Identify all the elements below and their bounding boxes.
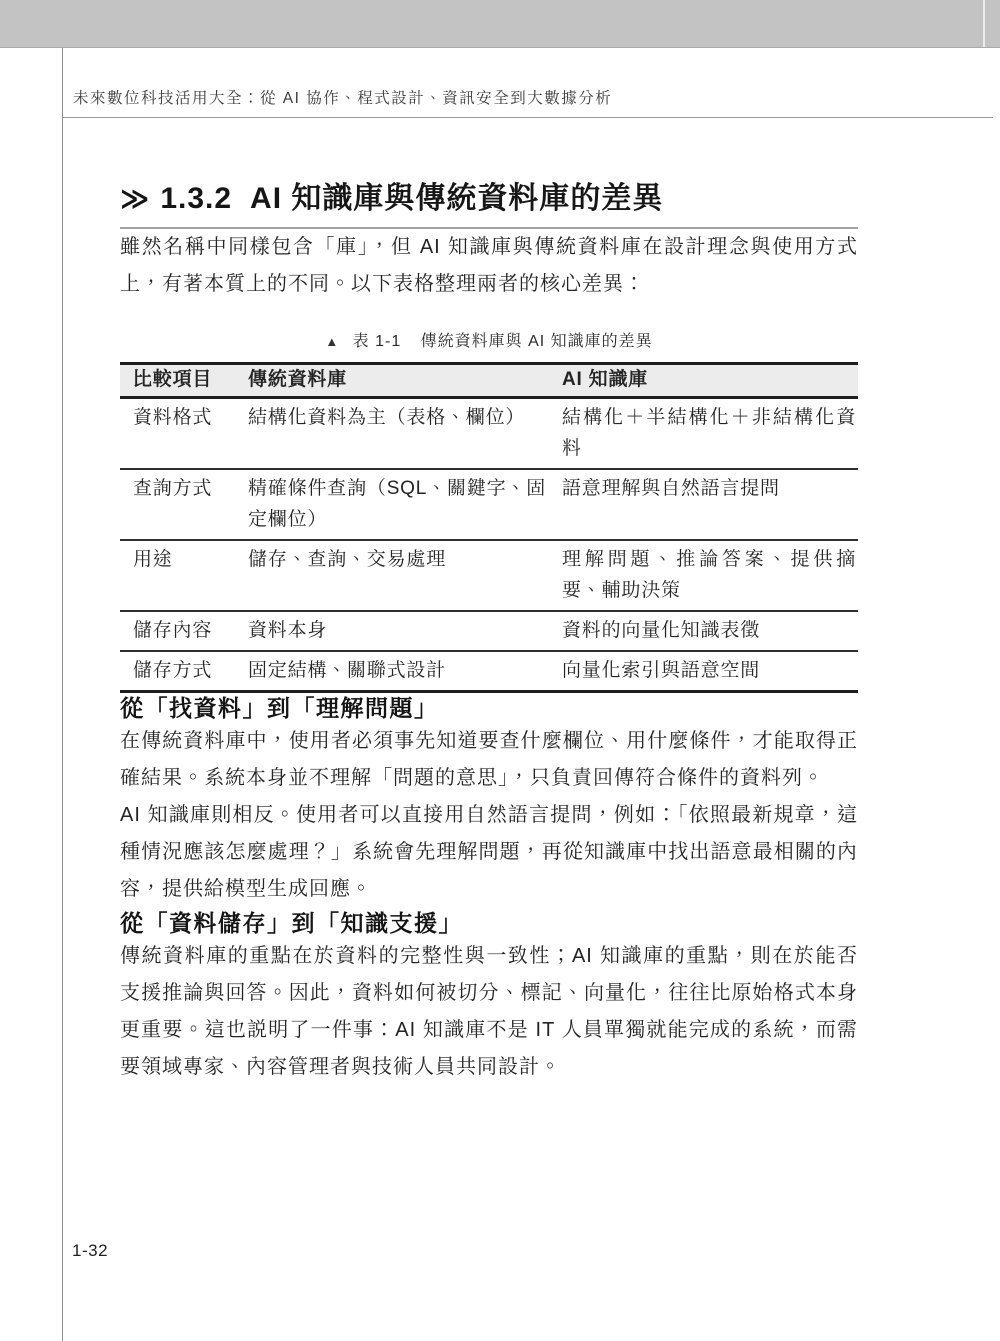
table-cell: 資料的向量化知識表徵 [562, 611, 858, 651]
subsection-title: 從「找資料」到「理解問題」 [120, 693, 858, 723]
table-header-cell: AI 知識庫 [562, 364, 858, 398]
table-caption-title: 傳統資料庫與 AI 知識庫的差異 [421, 333, 653, 350]
scan-edge-notch [983, 0, 985, 47]
comparison-table-head: 比較項目 傳統資料庫 AI 知識庫 [120, 364, 858, 398]
table-row: 用途 儲存、查詢、交易處理 理解問題、推論答案、提供摘要、輔助決策 [120, 540, 858, 611]
table-cell: 用途 [120, 540, 248, 611]
running-head-rule [62, 117, 993, 118]
running-head: 未來數位科技活用大全：從 AI 協作、程式設計、資訊安全到大數據分析 [73, 86, 612, 108]
table-cell: 固定結構、關聯式設計 [248, 651, 562, 692]
section-title: AI 知識庫與傳統資料庫的差異 [250, 182, 663, 216]
intro-paragraph: 雖然名稱中同樣包含「庫」，但 AI 知識庫與傳統資料庫在設計理念與使用方式上，有… [120, 229, 858, 303]
page-content: ≫ 1.3.2 AI 知識庫與傳統資料庫的差異 雖然名稱中同樣包含「庫」，但 A… [120, 182, 858, 1086]
body-paragraph: 傳統資料庫的重點在於資料的完整性與一致性；AI 知識庫的重點，則在於能否支援推論… [120, 938, 858, 1086]
page-number: 1-32 [72, 1241, 108, 1261]
table-row: 儲存方式 固定結構、關聯式設計 向量化索引與語意空間 [120, 651, 858, 692]
comparison-table-body: 資料格式 結構化資料為主（表格、欄位） 結構化＋半結構化＋非結構化資料 查詢方式… [120, 398, 858, 692]
table-row: 查詢方式 精確條件查詢（SQL、關鍵字、固定欄位） 語意理解與自然語言提問 [120, 469, 858, 540]
table-cell: 資料格式 [120, 398, 248, 470]
table-cell: 向量化索引與語意空間 [562, 651, 858, 692]
table-row: 資料格式 結構化資料為主（表格、欄位） 結構化＋半結構化＋非結構化資料 [120, 398, 858, 470]
table-caption-label: 表 1-1 [353, 333, 402, 350]
table-caption-marker-icon: ▲ [325, 334, 339, 349]
table-header-cell: 比較項目 [120, 364, 248, 398]
table-cell: 精確條件查詢（SQL、關鍵字、固定欄位） [248, 469, 562, 540]
section-number: 1.3.2 [160, 182, 232, 216]
table-cell: 儲存、查詢、交易處理 [248, 540, 562, 611]
table-cell: 結構化＋半結構化＋非結構化資料 [562, 398, 858, 470]
table-row: 儲存內容 資料本身 資料的向量化知識表徵 [120, 611, 858, 651]
book-page: { "colors": { "scan_bar": "#c3c3c3", "ru… [0, 0, 1000, 1341]
table-header-row: 比較項目 傳統資料庫 AI 知識庫 [120, 364, 858, 398]
table-header-cell: 傳統資料庫 [248, 364, 562, 398]
table-caption: ▲ 表 1-1 傳統資料庫與 AI 知識庫的差異 [120, 328, 858, 351]
section-marker-icon: ≫ [120, 182, 150, 216]
page-margin-rule [62, 48, 63, 1341]
subsection-title: 從「資料儲存」到「知識支援」 [120, 908, 858, 938]
table-cell: 儲存方式 [120, 651, 248, 692]
table-cell: 理解問題、推論答案、提供摘要、輔助決策 [562, 540, 858, 611]
table-cell: 儲存內容 [120, 611, 248, 651]
scan-edge-bar [0, 0, 1000, 48]
body-paragraph: 在傳統資料庫中，使用者必須事先知道要查什麼欄位、用什麼條件，才能取得正確結果。系… [120, 723, 858, 797]
body-paragraph: AI 知識庫則相反。使用者可以直接用自然語言提問，例如：「依照最新規章，這種情況… [120, 797, 858, 908]
comparison-table: 比較項目 傳統資料庫 AI 知識庫 資料格式 結構化資料為主（表格、欄位） 結構… [120, 362, 858, 693]
table-cell: 資料本身 [248, 611, 562, 651]
table-cell: 結構化資料為主（表格、欄位） [248, 398, 562, 470]
section-heading: ≫ 1.3.2 AI 知識庫與傳統資料庫的差異 [120, 182, 858, 229]
table-cell: 查詢方式 [120, 469, 248, 540]
table-cell: 語意理解與自然語言提問 [562, 469, 858, 540]
